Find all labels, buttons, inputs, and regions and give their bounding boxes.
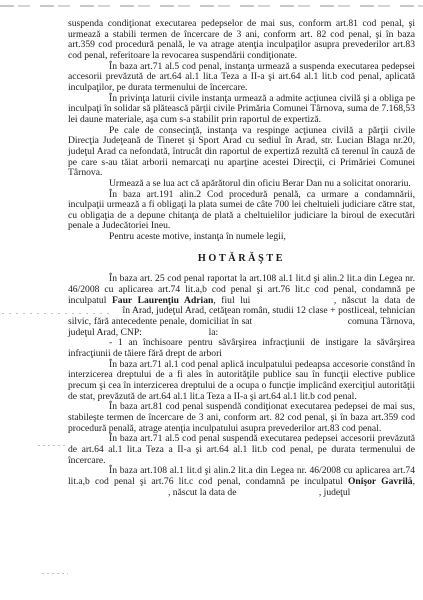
paragraph-conviction-defendant-1: În baza art. 25 cod penal raportat la ar… (68, 274, 415, 338)
paragraph-conditional-suspension: În baza art.81 cod penal suspendă condiţ… (68, 402, 415, 434)
scan-artifact-margin-dots (38, 445, 68, 446)
paragraph-accessory-penalty-applied: În baza art.71 al.1 cod penal aplică inc… (68, 360, 415, 403)
text-segment: la: (206, 327, 218, 338)
paragraph-judicial-costs: În baza art.191 alin.2 Cod procedură pen… (68, 190, 415, 233)
defendant-name: Onişor Gavrilă (348, 476, 413, 487)
paragraph-suspension: suspenda condiţionat executarea pedepsel… (68, 19, 415, 62)
text-segment: , judeţul (319, 487, 350, 498)
scan-artifact-margin-dots (42, 573, 68, 574)
defendant-name: Faur Laurenţiu Adrian (112, 295, 213, 306)
text-segment: , născut la data de (334, 295, 415, 306)
paragraph-prison-sentence: - 1 an închisoare pentru săvârşirea infr… (68, 338, 415, 359)
paragraph-civil-action-rejected: Pe cale de consecinţă, instanţa va respi… (68, 126, 415, 179)
text-segment: , fiul lui (213, 295, 256, 306)
paragraph-in-the-name-of-law: Pentru aceste motive, instanţa în numele… (68, 232, 415, 243)
paragraph-civil-action: În privinţa laturii civile instanţa urme… (68, 94, 415, 126)
text-segment: , născut la data de (168, 487, 239, 498)
paragraph-accessory-suspension: În baza art.71 al.5 cod penal suspendă e… (68, 434, 415, 466)
paragraph-accessory-penalty: În baza art.71 al.5 cod penal, instanţa … (68, 62, 415, 94)
scan-artifact-top-edge (0, 5, 423, 7)
paragraph-defense-attorney-fee: Urmează a se lua act că apărătorul din o… (68, 179, 415, 190)
paragraph-conviction-defendant-2: În baza art.108 al.1 lit.d şi alin.2 lit… (68, 466, 415, 498)
court-sentence-page: suspenda condiţionat executarea pedepsel… (68, 19, 415, 498)
text-segment: , (413, 476, 415, 487)
verdict-heading: HOTĂRĂŞTE (68, 254, 415, 265)
